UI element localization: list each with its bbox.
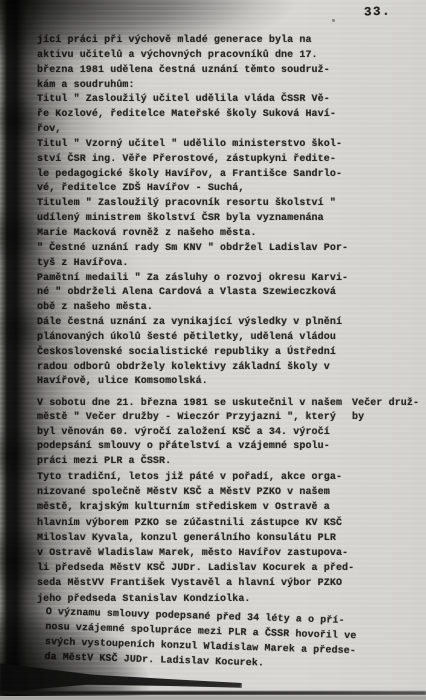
paragraph-awards: jící práci při výchově mladé generace by… xyxy=(37,34,348,390)
text-line: Dále čestná uznání za vynikající výsledk… xyxy=(37,316,348,331)
text-line: Titulem " Zasloužilý pracovník resortu š… xyxy=(37,197,348,212)
text-line: městě " Večer družby - Wieczór Przyjazni… xyxy=(37,411,342,425)
text-line: nizované společně MěstV KSČ a MěstV PZKO… xyxy=(37,485,354,500)
text-line: tyš z Havířova. xyxy=(37,257,348,272)
text-line: né " obdrželi Alena Cardová a Vlasta Sze… xyxy=(37,286,348,301)
text-line: ře Kozlové, ředitelce Mateřské školy Suk… xyxy=(37,108,348,123)
text-line: řov, xyxy=(37,123,348,138)
scan-bottom-edge xyxy=(0,696,426,700)
paragraph-vecer-druzby: V sobotu dne 21. března 1981 se uskutečn… xyxy=(37,397,342,469)
text-line: byl věnován 60. výročí založení KSČ a 34… xyxy=(37,426,342,440)
text-line: vé, ředitelce ZDŠ Havířov - Suchá, xyxy=(37,182,348,197)
text-line: ství ČSR ing. Věře Přerostové, zástupkyn… xyxy=(37,153,348,168)
text-line: " Čestné uznání rady Sm KNV " obdržel La… xyxy=(37,242,348,257)
document-page: 33. jící práci při výchově mladé generac… xyxy=(0,0,426,700)
paragraph-tradicni-akce: Tyto tradiční, letos již páté v pořadí, … xyxy=(37,470,354,607)
text-line: V sobotu dne 21. března 1981 se uskutečn… xyxy=(37,397,342,411)
text-line: jící práci při výchově mladé generace by… xyxy=(37,34,348,49)
text-line: března 1981 udělena čestná uznání těmto … xyxy=(37,64,348,79)
text-line: Marie Macková rovněž z našeho města. xyxy=(37,227,348,242)
text-line: obě z našeho města. xyxy=(37,301,348,316)
scan-edge-line xyxy=(0,691,426,695)
text-line: Československé socialistické republiky a… xyxy=(37,346,348,361)
text-line: udílený ministrem školství ČSR byla vyzn… xyxy=(37,212,348,227)
margin-note: Večer druž-by xyxy=(352,397,419,424)
margin-note-line: by xyxy=(352,411,419,425)
page-number: 33. xyxy=(364,5,391,20)
text-line: Havířově, ulice Komsomolská. xyxy=(37,375,348,390)
text-line: podepsání smlouvy o přátelství a vzájemn… xyxy=(37,440,342,454)
text-line: aktivu učitelů a výchovných pracovníků d… xyxy=(37,49,348,64)
text-line: Titul " Vzorný učitel " udělilo minister… xyxy=(37,138,348,153)
text-line: li předseda MěstV KSČ JUDr. Ladislav Koc… xyxy=(37,561,354,576)
text-line: jeho předseda Stanislav Kondziolka. xyxy=(37,592,354,607)
margin-note-line: Večer druž- xyxy=(352,397,419,411)
text-line: Miloslav Kyvala, konzul generálního kons… xyxy=(37,531,354,546)
text-line: kám a soudruhům: xyxy=(37,79,348,94)
text-line: práci mezi PLR a ČSSR. xyxy=(37,455,342,469)
paragraph-speeches: O významu smlouvy podepsané před 34 léty… xyxy=(44,605,357,674)
text-line: radou odborů obdržely kolektivy základní… xyxy=(37,361,348,376)
text-line: Pamětní medaili " Za zásluhy o rozvoj ok… xyxy=(37,272,348,287)
text-line: plánovaných úkolů šesté pětiletky, uděle… xyxy=(37,331,348,346)
ink-speck xyxy=(332,19,335,22)
text-line: v Ostravě Wladislaw Marek, město Havířov… xyxy=(37,546,354,561)
text-line: Titul " Zasloužilý učitel udělila vláda … xyxy=(37,93,348,108)
text-line: Tyto tradiční, letos již páté v pořadí, … xyxy=(37,470,354,485)
text-line: hlavním výborem PZKO se zúčastnili zástu… xyxy=(37,516,354,531)
text-line: le pedagogické školy Havířov, a Františc… xyxy=(37,168,348,183)
text-line: seda MěstVV František Vystavěl a hlavní … xyxy=(37,576,354,591)
text-line: městě, krajským kulturním střediskem v O… xyxy=(37,500,354,515)
